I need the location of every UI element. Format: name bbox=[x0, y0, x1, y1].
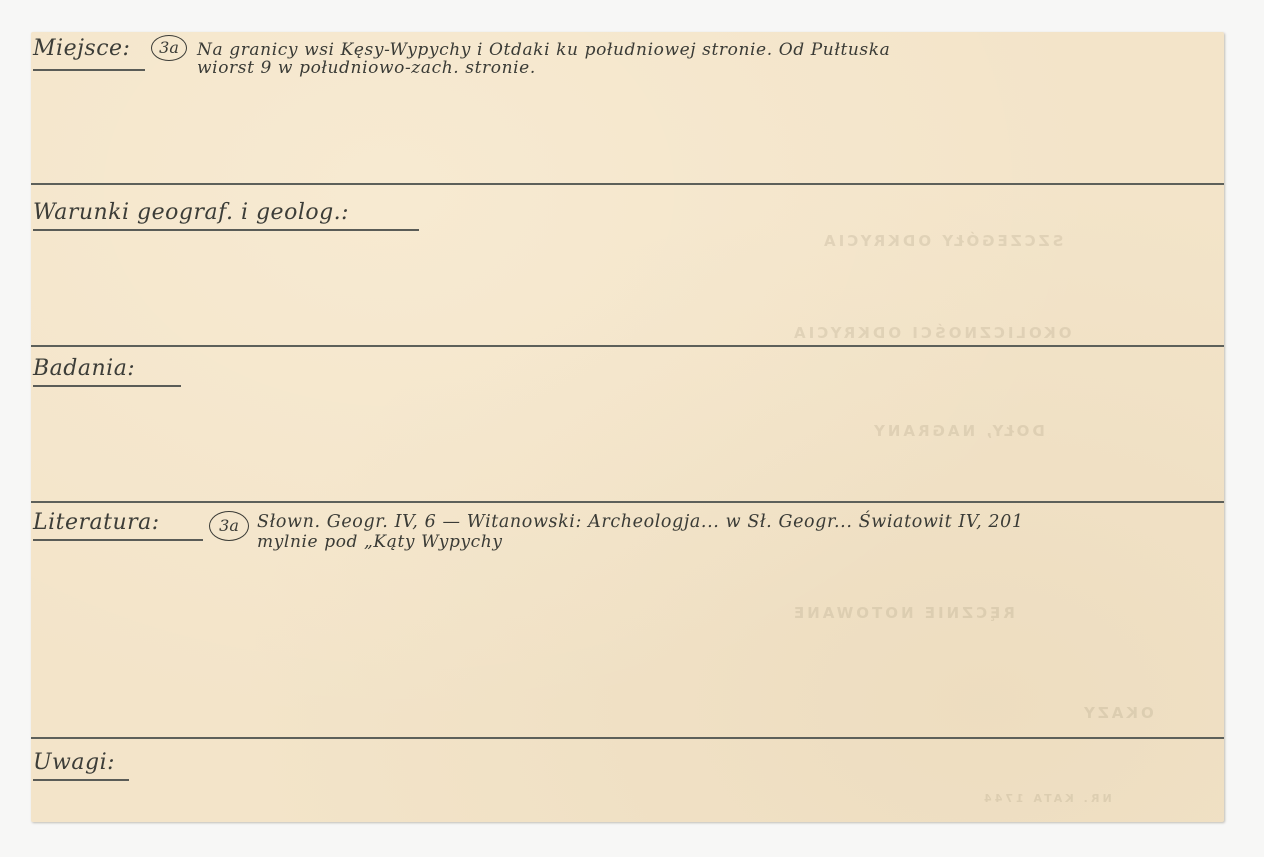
literatura-text-line-2: mylnie pod „Kąty Wypychy bbox=[257, 534, 503, 551]
section-divider bbox=[31, 183, 1224, 185]
show-through-text: SZCZEGÓŁY ODKRYCIA bbox=[821, 232, 1063, 250]
miejsce-text-line-2: wiorst 9 w południowo-zach. stronie. bbox=[197, 60, 536, 77]
section-label-literatura: Literatura: bbox=[33, 510, 203, 541]
miejsce-text-line-1: Na granicy wsi Kęsy-Wypychy i Otdaki ku … bbox=[197, 42, 890, 59]
show-through-text: NR. KATA 1744 bbox=[981, 792, 1112, 805]
section-divider bbox=[31, 737, 1224, 739]
section-label-warunki: Warunki geograf. i geolog.: bbox=[33, 200, 419, 231]
section-divider bbox=[31, 345, 1224, 347]
show-through-text: RĘCZNIE NOTOWANE bbox=[791, 604, 1015, 622]
show-through-text: OKOLICZNOŚCI ODKRYCIA bbox=[791, 324, 1071, 342]
catalog-card: SZCZEGÓŁY ODKRYCIA OKOLICZNOŚCI ODKRYCIA… bbox=[31, 32, 1224, 822]
section-label-badania: Badania: bbox=[33, 356, 181, 387]
entry-marker-circle: 3a bbox=[151, 35, 187, 61]
show-through-text: OKAZY bbox=[1081, 704, 1154, 722]
section-label-miejsce: Miejsce: bbox=[33, 36, 145, 71]
show-through-text: DOŁY, NAGRANY bbox=[871, 422, 1045, 440]
literatura-text-line-1: Słown. Geogr. IV, 6 — Witanowski: Archeo… bbox=[257, 514, 1024, 531]
section-label-uwagi: Uwagi: bbox=[33, 750, 129, 781]
section-divider bbox=[31, 501, 1224, 503]
entry-marker-circle: 3a bbox=[209, 511, 249, 541]
